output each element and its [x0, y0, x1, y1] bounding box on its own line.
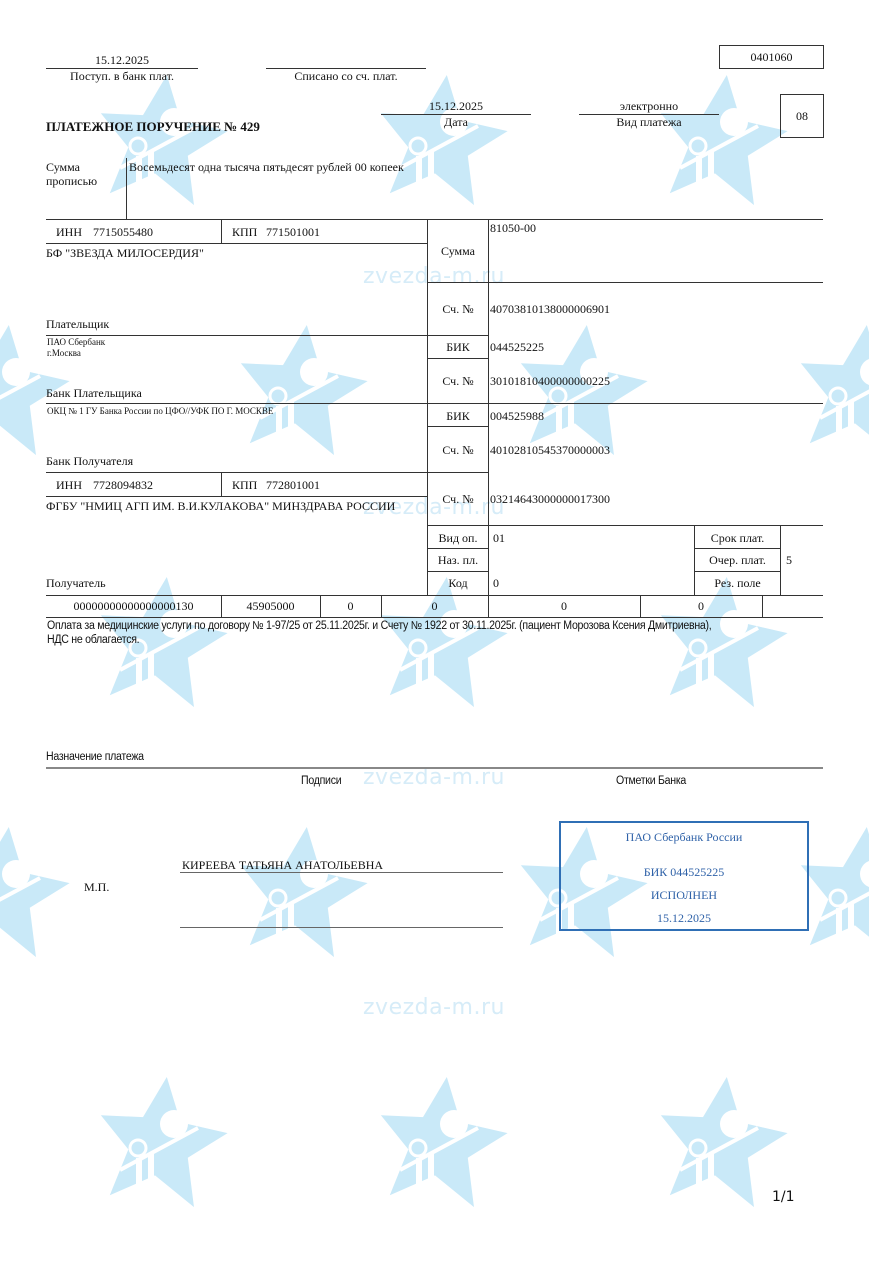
date-value: 15.12.2025 — [381, 99, 531, 113]
tax-field-doc-number: 0 — [488, 599, 640, 613]
divider — [694, 571, 780, 572]
divider — [126, 158, 127, 219]
payee-bank-account-label: Сч. № — [428, 443, 488, 457]
priority: 5 — [786, 553, 792, 567]
received-label: Поступ. в банк плат. — [46, 69, 198, 83]
divider — [762, 595, 763, 617]
payment-type-value: электронно — [579, 99, 719, 113]
payer-kpp-label: КПП — [232, 225, 257, 239]
divider — [427, 282, 823, 283]
divider — [46, 243, 427, 244]
payer-bank-account-label: Сч. № — [428, 374, 488, 388]
form-code-box: 0401060 — [719, 45, 824, 69]
payer-account: 40703810138000006901 — [490, 302, 610, 316]
tax-field-oktmo: 45905000 — [221, 599, 320, 613]
payer-amount: 81050-00 — [490, 221, 536, 235]
op-type-label: Вид оп. — [428, 531, 488, 545]
divider — [46, 767, 823, 769]
payee-role-label: Получатель — [46, 576, 106, 590]
divider — [46, 219, 823, 220]
divider — [46, 472, 488, 473]
payer-account-label: Сч. № — [428, 302, 488, 316]
payer-name: БФ "ЗВЕЗДА МИЛОСЕРДИЯ" — [46, 246, 204, 260]
tax-field-doc-date: 0 — [640, 599, 762, 613]
divider — [427, 548, 488, 549]
payer-bank-role-label: Банк Плательщика — [46, 386, 142, 400]
payee-kpp: 772801001 — [266, 478, 320, 492]
divider — [46, 496, 427, 497]
divider — [427, 358, 488, 359]
divider — [427, 525, 823, 526]
status-code: 08 — [796, 109, 808, 124]
due-label: Срок плат. — [695, 531, 780, 545]
divider — [488, 219, 489, 617]
date-label: Дата — [381, 115, 531, 129]
payer-inn: 7715055480 — [93, 225, 153, 239]
status-code-box: 08 — [780, 94, 824, 138]
payer-inn-label: ИНН — [56, 225, 82, 239]
stamp-place-label: М.П. — [84, 880, 109, 894]
divider — [46, 335, 488, 336]
received-date: 15.12.2025 — [46, 53, 198, 67]
tax-field-basis: 0 — [320, 599, 381, 613]
purpose-text-2: НДС не облагается. — [47, 633, 139, 647]
signature-line — [180, 927, 503, 928]
tax-field-kbk: 00000000000000000130 — [46, 599, 221, 613]
priority-label: Очер. плат. — [695, 553, 780, 567]
divider — [46, 595, 823, 596]
payer-bank-name: ПАО Сбербанк — [47, 337, 105, 348]
stamp-status: ИСПОЛНЕН — [561, 888, 807, 903]
payer-bank-bik: 044525225 — [490, 340, 544, 354]
code-label: Код — [428, 576, 488, 590]
divider — [694, 548, 780, 549]
payment-type-label: Вид платежа — [579, 115, 719, 129]
signatures-label: Подписи — [301, 774, 341, 788]
bank-stamp: ПАО Сбербанк России БИК 044525225 ИСПОЛН… — [559, 821, 809, 931]
payer-role-label: Плательщик — [46, 317, 109, 331]
payer-kpp: 771501001 — [266, 225, 320, 239]
payment-order-document: 15.12.2025 Поступ. в банк плат. Списано … — [0, 0, 869, 1280]
payer-amount-label: Сумма — [428, 244, 488, 258]
bank-marks-label: Отметки Банка — [616, 774, 686, 788]
payee-name: ФГБУ "НМИЦ АГП ИМ. В.И.КУЛАКОВА" МИНЗДРА… — [46, 499, 395, 513]
payee-account: 03214643000000017300 — [490, 492, 610, 506]
purpose-label: Назначение платежа — [46, 750, 144, 764]
stamp-bank-name: ПАО Сбербанк России — [561, 830, 807, 845]
page-number: 1/1 — [772, 1190, 795, 1204]
amount-words-value: Восемьдесят одна тысяча пятьдесят рублей… — [129, 160, 404, 174]
code: 0 — [493, 576, 499, 590]
payee-bank-account: 40102810545370000003 — [490, 443, 610, 457]
purpose-text: Оплата за медицинские услуги по договору… — [47, 619, 711, 633]
page-title: ПЛАТЕЖНОЕ ПОРУЧЕНИЕ № 429 — [46, 120, 260, 134]
signer-name: КИРЕЕВА ТАТЬЯНА АНАТОЛЬЕВНА — [182, 858, 383, 872]
stamp-date: 15.12.2025 — [561, 911, 807, 926]
divider — [221, 472, 222, 496]
payee-bank-bik-label: БИК — [428, 409, 488, 423]
reserve-label: Рез. поле — [695, 576, 780, 590]
purpose-code-label: Наз. пл. — [428, 553, 488, 567]
amount-words-label-2: прописью — [46, 174, 97, 188]
payee-account-label: Сч. № — [428, 492, 488, 506]
payee-inn: 7728094832 — [93, 478, 153, 492]
divider — [221, 219, 222, 243]
payee-bank-bik: 004525988 — [490, 409, 544, 423]
divider — [46, 617, 823, 618]
divider — [780, 525, 781, 595]
tax-field-period: 0 — [381, 599, 488, 613]
payee-inn-label: ИНН — [56, 478, 82, 492]
stamp-bik: БИК 044525225 — [561, 865, 807, 880]
divider — [427, 426, 488, 427]
op-type: 01 — [493, 531, 505, 545]
divider — [46, 403, 823, 404]
form-code: 0401060 — [751, 50, 793, 65]
payee-bank-role-label: Банк Получателя — [46, 454, 133, 468]
payer-bank-bik-label: БИК — [428, 340, 488, 354]
divider — [427, 571, 488, 572]
payer-bank-city: г.Москва — [47, 348, 81, 359]
amount-words-label: Сумма — [46, 160, 80, 174]
signature-line — [180, 872, 503, 873]
payee-kpp-label: КПП — [232, 478, 257, 492]
payer-bank-account: 30101810400000000225 — [490, 374, 610, 388]
debited-label: Списано со сч. плат. — [266, 69, 426, 83]
payee-bank-name: ОКЦ № 1 ГУ Банка России по ЦФО//УФК ПО Г… — [47, 406, 273, 417]
